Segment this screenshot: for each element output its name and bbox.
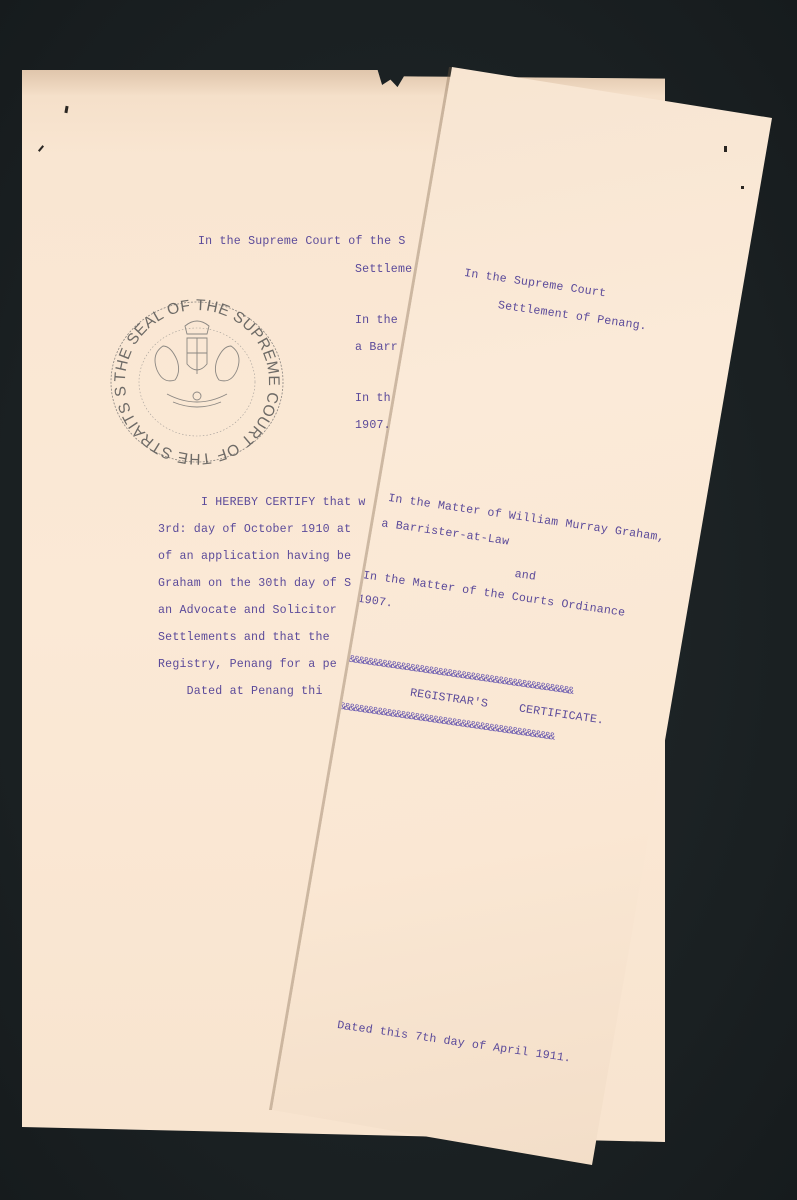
front-heading-line1: In the Supreme Court <box>463 268 606 300</box>
back-matter-line4: 1907. <box>355 420 391 432</box>
registrar-title-word1: REGISTRAR'S <box>409 688 489 711</box>
court-seal-icon: THE SEAL OF THE SUPREME COURT OF THE STR… <box>107 298 287 466</box>
front-matter-line2: a Barrister-at-Law <box>381 518 510 548</box>
back-body-line6: Settlements and that the <box>158 632 330 644</box>
front-dated-line: Dated this 7th day of April 1911. <box>336 1020 571 1065</box>
front-matter-line4: In the Matter of the Courts Ordinance <box>362 570 626 619</box>
back-heading-line1: In the Supreme Court of the S <box>198 236 406 248</box>
back-matter-line1: In the <box>355 315 398 327</box>
back-body-line3: of an application having be <box>158 551 351 563</box>
back-body-line5: an Advocate and Solicitor <box>158 605 337 617</box>
back-body-line1: I HEREBY CERTIFY that w <box>158 497 366 509</box>
back-body-line7: Registry, Penang for a pe <box>158 659 337 671</box>
front-matter-line3: and <box>514 569 537 584</box>
front-heading-line2: Settlement of Penang. <box>497 300 647 333</box>
back-matter-line2: a Barr <box>355 342 398 354</box>
ink-speck <box>741 186 744 189</box>
front-matter-line5: 1907. <box>357 594 394 611</box>
back-heading-line2: Settleme <box>355 264 412 276</box>
back-body-line2: 3rd: day of October 1910 at <box>158 524 351 536</box>
back-body-line8: Dated at Penang thi <box>158 686 323 698</box>
ink-speck <box>724 146 727 152</box>
back-matter-line3: In th <box>355 393 391 405</box>
registrar-title-word2: CERTIFICATE. <box>518 703 605 727</box>
back-body-line4: Graham on the 30th day of S <box>158 578 351 590</box>
ornamental-rule-top: &&&&&&&&&&&&&&&&&&&&&&&&&&&&&&&&&&&&&&&&… <box>344 654 574 697</box>
